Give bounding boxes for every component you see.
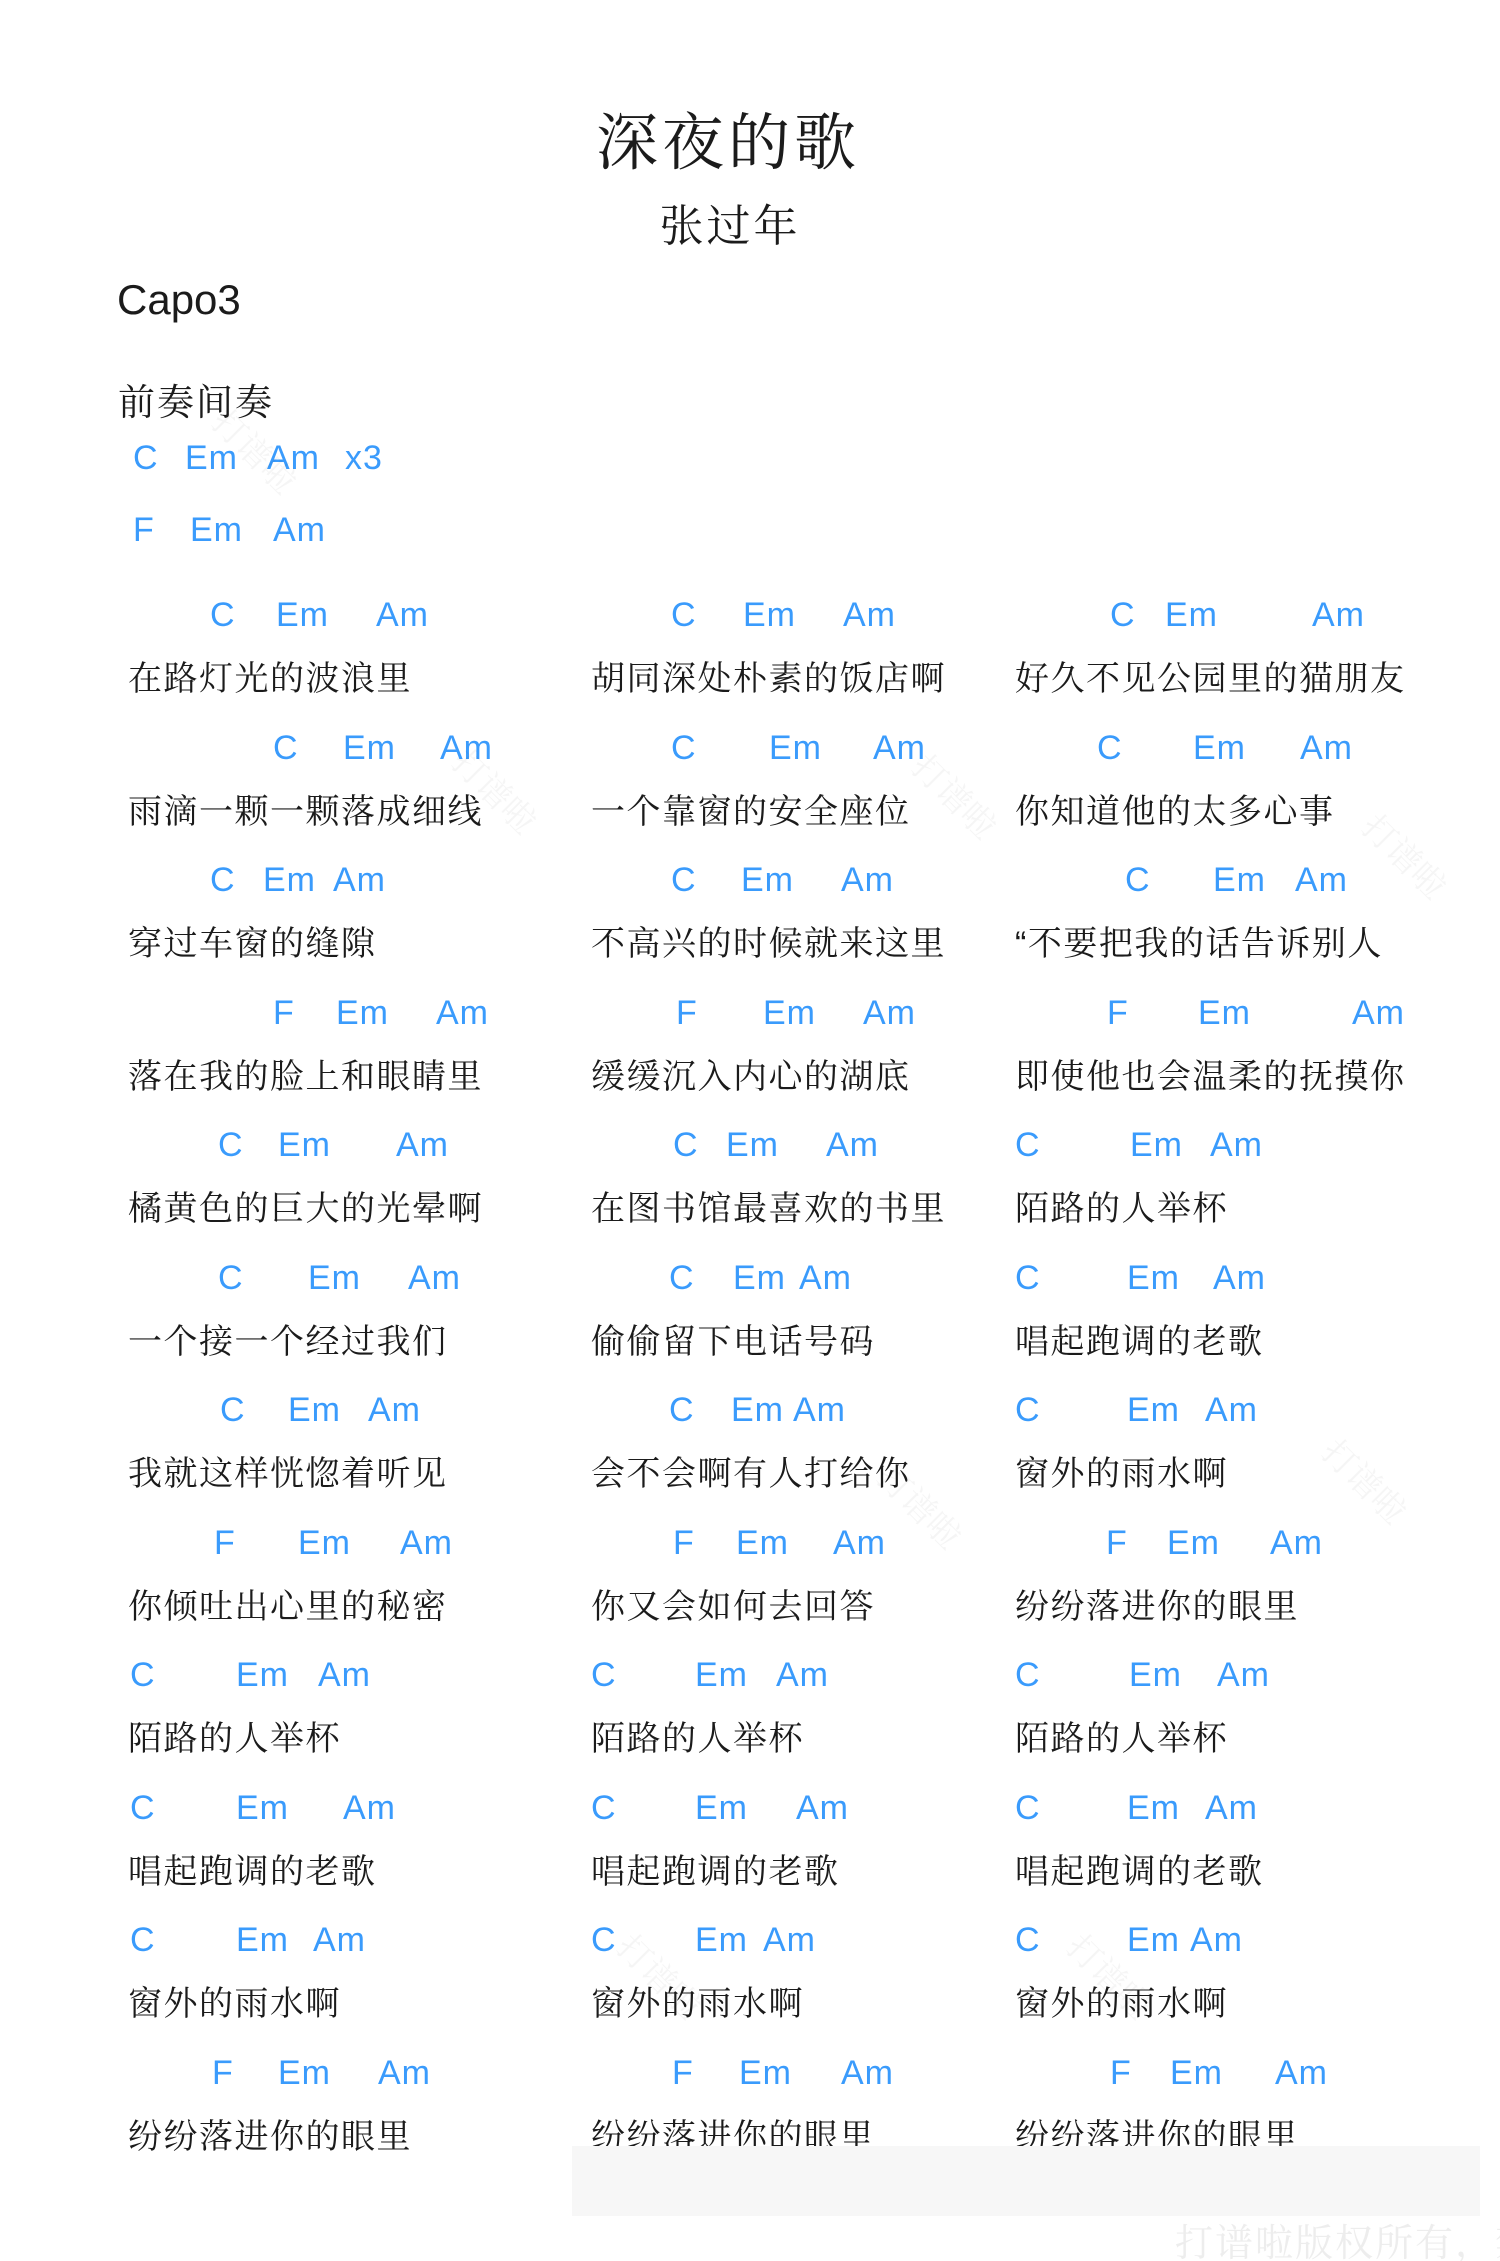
- verse-row: FEmAm你倾吐出心里的秘密: [128, 1518, 610, 1651]
- chord-line: CEmAm: [591, 590, 1073, 654]
- chord-token: F: [214, 1518, 236, 1569]
- chord-line: CEmAm: [1015, 855, 1497, 919]
- chord-token: Em: [308, 1253, 361, 1304]
- chord-token: Em: [1167, 1518, 1220, 1569]
- lyric-line: 唱起跑调的老歌: [1015, 1317, 1264, 1368]
- chord-token: Em: [236, 1915, 289, 1966]
- chord-token: Em: [278, 1120, 331, 1171]
- artist-name: 张过年: [660, 190, 801, 254]
- verse-row: CEmAm不高兴的时候就来这里: [591, 855, 1073, 988]
- capo-label: Capo3: [117, 276, 241, 324]
- verse-row: CEmAm会不会啊有人打给你: [591, 1385, 1073, 1518]
- chord-token: Em: [298, 1518, 351, 1569]
- chord-line: FEmAm: [1015, 2048, 1497, 2112]
- verse-row: FEmAm即使他也会温柔的抚摸你: [1015, 988, 1497, 1121]
- chord-token: C: [1015, 1915, 1041, 1966]
- verse-column: CEmAm在路灯光的波浪里CEmAm雨滴一颗一颗落成细线CEmAm穿过车窗的缝隙…: [128, 590, 610, 2180]
- chord-token: Em: [763, 988, 816, 1039]
- chord-token: C: [671, 855, 697, 906]
- chord-token: Am: [396, 1120, 449, 1171]
- chord-token: C: [673, 1120, 699, 1171]
- chord-token: Em: [769, 723, 822, 774]
- chord-token: C: [669, 1253, 695, 1304]
- chord-line: CEmAm: [1015, 1783, 1497, 1847]
- chord-token: Em: [1127, 1915, 1180, 1966]
- lyric-line: 我就这样恍惚着听见: [128, 1449, 448, 1500]
- chord-line: CEmAm: [128, 1650, 610, 1714]
- lyric-line: “不要把我的话告诉别人: [1015, 919, 1383, 970]
- lyric-line: 橘黄色的巨大的光晕啊: [128, 1184, 483, 1235]
- chord-line: CEmAm: [128, 590, 610, 654]
- chord-token: Am: [267, 433, 320, 484]
- chord-token: Em: [1198, 988, 1251, 1039]
- chord-line: CEmAm: [591, 1783, 1073, 1847]
- verse-row: CEmAm陌路的人举杯: [128, 1650, 610, 1783]
- lyric-line: 陌路的人举杯: [1015, 1714, 1228, 1765]
- chord-token: Am: [313, 1915, 366, 1966]
- chord-token: C: [210, 590, 236, 641]
- chord-line: FEmAm: [591, 988, 1073, 1052]
- chord-token: Am: [436, 988, 489, 1039]
- lyric-line: 唱起跑调的老歌: [591, 1847, 840, 1898]
- lyric-line: 一个接一个经过我们: [128, 1317, 448, 1368]
- intro-section-label: 前奏间奏: [118, 372, 274, 426]
- chord-token: Em: [731, 1385, 784, 1436]
- chord-token: Am: [793, 1385, 846, 1436]
- chord-line: CEmAm: [1015, 723, 1497, 787]
- verse-row: CEmAm穿过车窗的缝隙: [128, 855, 610, 988]
- verse-row: CEmAm偷偷留下电话号码: [591, 1253, 1073, 1386]
- chord-token: Am: [826, 1120, 879, 1171]
- lyric-line: 你又会如何去回答: [591, 1582, 875, 1633]
- chord-token: Em: [1165, 590, 1218, 641]
- lyric-line: 好久不见公园里的猫朋友: [1015, 654, 1406, 705]
- lyric-line: 唱起跑调的老歌: [128, 1847, 377, 1898]
- chord-token: Em: [278, 2048, 331, 2099]
- verse-row: CEmAm胡同深处朴素的饭店啊: [591, 590, 1073, 723]
- intro-chord-line: CEmAmx3: [133, 433, 633, 493]
- verse-row: CEmAm唱起跑调的老歌: [591, 1783, 1073, 1916]
- chord-token: Am: [1213, 1253, 1266, 1304]
- verse-row: CEmAm陌路的人举杯: [1015, 1120, 1497, 1253]
- chord-line: CEmAm: [591, 1253, 1073, 1317]
- verse-row: CEmAm窗外的雨水啊: [591, 1915, 1073, 2048]
- chord-line: CEmAm: [591, 1120, 1073, 1184]
- chord-token: Am: [400, 1518, 453, 1569]
- chord-token: Am: [1270, 1518, 1323, 1569]
- chord-line: FEmAm: [128, 1518, 610, 1582]
- footer-gray-band: [572, 2146, 1480, 2216]
- chord-token: Am: [343, 1783, 396, 1834]
- chord-line: CEmAm: [1015, 1915, 1497, 1979]
- chord-line: CEmAm: [128, 1385, 610, 1449]
- chord-token: Am: [1275, 2048, 1328, 2099]
- page-title: 深夜的歌: [596, 93, 860, 182]
- lyric-line: 会不会啊有人打给你: [591, 1449, 911, 1500]
- chord-token: F: [273, 988, 295, 1039]
- chord-line: FEmAm: [128, 2048, 610, 2112]
- lyric-line: 窗外的雨水啊: [1015, 1979, 1228, 2030]
- chord-token: F: [672, 2048, 694, 2099]
- verse-row: CEmAm好久不见公园里的猫朋友: [1015, 590, 1497, 723]
- chord-token: Am: [796, 1783, 849, 1834]
- footer-copyright-watermark: 打谱啦版权所有，禁止转载: [1175, 2212, 1500, 2261]
- chord-line: CEmAm: [1015, 1650, 1497, 1714]
- chord-token: F: [212, 2048, 234, 2099]
- intro-chord-line: FEmAm: [133, 505, 633, 565]
- chord-token: Em: [695, 1650, 748, 1701]
- lyric-line: 胡同深处朴素的饭店啊: [591, 654, 946, 705]
- verse-row: FEmAm纷纷落进你的眼里: [1015, 1518, 1497, 1651]
- verse-row: CEmAm我就这样恍惚着听见: [128, 1385, 610, 1518]
- chord-token: Em: [276, 590, 329, 641]
- chord-token: Am: [1217, 1650, 1270, 1701]
- chord-line: CEmAm: [128, 1915, 610, 1979]
- chord-token: Am: [1205, 1385, 1258, 1436]
- lyric-line: 唱起跑调的老歌: [1015, 1847, 1264, 1898]
- lyric-line: 在图书馆最喜欢的书里: [591, 1184, 946, 1235]
- chord-token: C: [218, 1253, 244, 1304]
- chord-token: Em: [343, 723, 396, 774]
- chord-token: Em: [695, 1915, 748, 1966]
- lyric-line: 陌路的人举杯: [1015, 1184, 1228, 1235]
- chord-token: F: [673, 1518, 695, 1569]
- lyric-line: 雨滴一颗一颗落成细线: [128, 787, 483, 838]
- chord-token: C: [133, 433, 159, 484]
- chord-line: CEmAm: [591, 1650, 1073, 1714]
- verse-row: CEmAm一个接一个经过我们: [128, 1253, 610, 1386]
- chord-token: Am: [873, 723, 926, 774]
- chord-token: Am: [763, 1915, 816, 1966]
- chord-line: CEmAm: [128, 1783, 610, 1847]
- chord-line: FEmAm: [128, 988, 610, 1052]
- verse-row: FEmAm落在我的脸上和眼睛里: [128, 988, 610, 1121]
- chord-token: C: [1015, 1650, 1041, 1701]
- chord-token: Em: [695, 1783, 748, 1834]
- chord-token: Em: [1127, 1253, 1180, 1304]
- verse-column: CEmAm胡同深处朴素的饭店啊CEmAm一个靠窗的安全座位CEmAm不高兴的时候…: [591, 590, 1073, 2180]
- chord-token: C: [671, 590, 697, 641]
- chord-line: CEmAm: [591, 723, 1073, 787]
- chord-token: Em: [743, 590, 796, 641]
- lyric-line: 窗外的雨水啊: [1015, 1449, 1228, 1500]
- chord-token: C: [591, 1650, 617, 1701]
- chord-token: Em: [236, 1783, 289, 1834]
- chord-token: Am: [1295, 855, 1348, 906]
- chord-token: Em: [1213, 855, 1266, 906]
- chord-line: CEmAm: [591, 855, 1073, 919]
- chord-token: Am: [1300, 723, 1353, 774]
- chord-token: C: [1015, 1120, 1041, 1171]
- chord-token: Am: [408, 1253, 461, 1304]
- chord-token: Em: [190, 505, 243, 556]
- chord-token: Am: [318, 1650, 371, 1701]
- chord-token: C: [220, 1385, 246, 1436]
- verse-row: CEmAm唱起跑调的老歌: [1015, 1783, 1497, 1916]
- chord-token: Am: [1352, 988, 1405, 1039]
- lyric-line: 纷纷落进你的眼里: [128, 2112, 412, 2163]
- lyric-line: 穿过车窗的缝隙: [128, 919, 377, 970]
- chord-token: Am: [333, 855, 386, 906]
- chord-token: Am: [273, 505, 326, 556]
- chord-token: F: [133, 505, 155, 556]
- chord-line: CEmAm: [128, 855, 610, 919]
- chord-line: FEmAm: [591, 2048, 1073, 2112]
- chord-token: C: [591, 1783, 617, 1834]
- chord-token: Am: [1210, 1120, 1263, 1171]
- chord-token: C: [130, 1915, 156, 1966]
- chord-token: C: [1015, 1783, 1041, 1834]
- chord-token: F: [1106, 1518, 1128, 1569]
- chord-token: Em: [736, 1518, 789, 1569]
- chord-line: CEmAm: [1015, 1385, 1497, 1449]
- chord-token: Em: [236, 1650, 289, 1701]
- verse-row: CEmAm唱起跑调的老歌: [128, 1783, 610, 1916]
- chord-token: Em: [1130, 1120, 1183, 1171]
- verse-row: CEmAm陌路的人举杯: [591, 1650, 1073, 1783]
- verse-column: CEmAm好久不见公园里的猫朋友CEmAm你知道他的太多心事CEmAm“不要把我…: [1015, 590, 1497, 2180]
- verse-row: FEmAm你又会如何去回答: [591, 1518, 1073, 1651]
- chord-token: C: [669, 1385, 695, 1436]
- verse-row: CEmAm你知道他的太多心事: [1015, 723, 1497, 856]
- lyric-line: 即使他也会温柔的抚摸你: [1015, 1052, 1406, 1103]
- chord-token: Em: [1129, 1650, 1182, 1701]
- chord-token: C: [130, 1783, 156, 1834]
- chord-token: C: [1125, 855, 1151, 906]
- chord-token: Em: [1127, 1385, 1180, 1436]
- chord-token: Am: [776, 1650, 829, 1701]
- chord-token: Am: [799, 1253, 852, 1304]
- lyric-line: 你倾吐出心里的秘密: [128, 1582, 448, 1633]
- chord-token: Am: [1190, 1915, 1243, 1966]
- verse-row: FEmAm缓缓沉入内心的湖底: [591, 988, 1073, 1121]
- chord-line: CEmAm: [591, 1385, 1073, 1449]
- chord-token: C: [671, 723, 697, 774]
- lyric-line: 窗外的雨水啊: [128, 1979, 341, 2030]
- chord-line: CEmAm: [128, 1120, 610, 1184]
- verse-row: CEmAm在路灯光的波浪里: [128, 590, 610, 723]
- chord-token: Em: [1127, 1783, 1180, 1834]
- verse-row: CEmAm雨滴一颗一颗落成细线: [128, 723, 610, 856]
- chord-line: FEmAm: [591, 1518, 1073, 1582]
- chord-token: Em: [263, 855, 316, 906]
- chord-line: CEmAm: [128, 723, 610, 787]
- chord-token: Am: [376, 590, 429, 641]
- verse-row: CEmAm“不要把我的话告诉别人: [1015, 855, 1497, 988]
- chord-token: F: [676, 988, 698, 1039]
- chord-token: Em: [1170, 2048, 1223, 2099]
- verse-row: CEmAm窗外的雨水啊: [1015, 1915, 1497, 2048]
- verse-row: CEmAm唱起跑调的老歌: [1015, 1253, 1497, 1386]
- lyric-line: 陌路的人举杯: [128, 1714, 341, 1765]
- chord-token: Am: [368, 1385, 421, 1436]
- lyric-line: 落在我的脸上和眼睛里: [128, 1052, 483, 1103]
- lyric-line: 不高兴的时候就来这里: [591, 919, 946, 970]
- chord-token: Em: [336, 988, 389, 1039]
- chord-token: C: [1097, 723, 1123, 774]
- lyric-line: 在路灯光的波浪里: [128, 654, 412, 705]
- chord-token: C: [218, 1120, 244, 1171]
- chord-line: CEmAm: [1015, 1253, 1497, 1317]
- verse-row: CEmAm一个靠窗的安全座位: [591, 723, 1073, 856]
- verse-row: CEmAm陌路的人举杯: [1015, 1650, 1497, 1783]
- chord-token: F: [1110, 2048, 1132, 2099]
- lyric-line: 缓缓沉入内心的湖底: [591, 1052, 911, 1103]
- verse-row: CEmAm窗外的雨水啊: [1015, 1385, 1497, 1518]
- chord-token: Am: [833, 1518, 886, 1569]
- chord-token: Am: [1205, 1783, 1258, 1834]
- chord-token: C: [1015, 1385, 1041, 1436]
- chord-token: x3: [345, 433, 383, 484]
- lyric-line: 陌路的人举杯: [591, 1714, 804, 1765]
- chord-token: C: [591, 1915, 617, 1966]
- chord-token: Em: [1193, 723, 1246, 774]
- verse-row: CEmAm在图书馆最喜欢的书里: [591, 1120, 1073, 1253]
- chord-line: CEmAm: [128, 1253, 610, 1317]
- chord-token: Am: [841, 855, 894, 906]
- lyric-line: 偷偷留下电话号码: [591, 1317, 875, 1368]
- chord-token: F: [1107, 988, 1129, 1039]
- chord-token: Am: [841, 2048, 894, 2099]
- chord-line: FEmAm: [1015, 988, 1497, 1052]
- chord-line: FEmAm: [1015, 1518, 1497, 1582]
- chord-token: C: [1015, 1253, 1041, 1304]
- chord-token: C: [130, 1650, 156, 1701]
- chord-token: C: [1110, 590, 1136, 641]
- verse-row: CEmAm窗外的雨水啊: [128, 1915, 610, 2048]
- chord-token: Em: [739, 2048, 792, 2099]
- chord-line: CEmAm: [1015, 1120, 1497, 1184]
- chord-token: Am: [378, 2048, 431, 2099]
- chord-token: C: [210, 855, 236, 906]
- verse-row: CEmAm橘黄色的巨大的光晕啊: [128, 1120, 610, 1253]
- chord-token: Em: [733, 1253, 786, 1304]
- lyric-line: 一个靠窗的安全座位: [591, 787, 911, 838]
- lyric-line: 你知道他的太多心事: [1015, 787, 1335, 838]
- chord-line: CEmAm: [1015, 590, 1497, 654]
- chord-line: CEmAm: [591, 1915, 1073, 1979]
- chord-token: Am: [843, 590, 896, 641]
- chord-token: Em: [726, 1120, 779, 1171]
- lyric-line: 纷纷落进你的眼里: [1015, 1582, 1299, 1633]
- chord-token: Am: [440, 723, 493, 774]
- chord-token: Em: [288, 1385, 341, 1436]
- chord-token: Em: [185, 433, 238, 484]
- lyric-line: 窗外的雨水啊: [591, 1979, 804, 2030]
- verse-row: FEmAm纷纷落进你的眼里: [128, 2048, 610, 2181]
- chord-token: Am: [863, 988, 916, 1039]
- chord-token: Am: [1312, 590, 1365, 641]
- chord-token: C: [273, 723, 299, 774]
- chord-token: Em: [741, 855, 794, 906]
